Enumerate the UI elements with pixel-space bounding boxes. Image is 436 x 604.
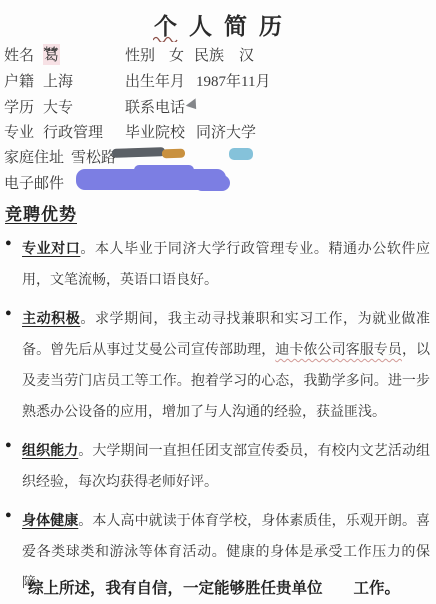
major-label: 专业 [4,121,34,142]
school-label: 毕业院校 [125,121,185,142]
bullet-punct: 。 [80,312,95,327]
bullet-term: 身体健康 [22,514,78,529]
spellcheck-squiggle-icon [153,36,179,42]
list-item-proactive: ● 主动积极。求学期间，我主动寻找兼职和实习工作，为就业做准备。曾先后从事过艾曼… [0,304,430,428]
info-row-registry: 户籍 上海 出生年月 1987年11月 [0,70,436,90]
address-label: 家庭住址 [4,146,64,167]
major-value: 行政管理 [43,121,103,142]
advantages-list: ● 专业对口。本人毕业于同济大学行政管理专业。精通办公软件应用，文笔流畅，英语口… [0,234,436,604]
bullet-term: 专业对口 [22,242,80,257]
info-row-email: 电子邮件 [0,172,436,192]
bullet-icon: ● [5,307,12,319]
school-value: 同济大学 [196,121,256,142]
gender-value: 女 [169,44,184,65]
registry-value: 上海 [43,70,73,91]
info-row-education: 学历 大专 联系电话 [0,96,436,116]
bullet-text: 专业对口。本人毕业于同济大学行政管理专业。精通办公软件应用，文笔流畅，英语口语良… [22,234,430,296]
registry-label: 户籍 [4,70,34,91]
ethnicity-value: 汉 [239,44,254,65]
email-label: 电子邮件 [4,172,64,193]
list-item-professional-match: ● 专业对口。本人毕业于同济大学行政管理专业。精通办公软件应用，文笔流畅，英语口… [0,234,430,296]
address-redaction-dark [112,147,165,158]
info-row-address: 家庭住址 雪松路 [0,146,436,166]
bullet-marked-text: 迪卡侬公司客服专员 [275,343,402,358]
ethnicity-label: 民族 [194,44,224,65]
info-row-major: 专业 行政管理 毕业院校 同济大学 [0,121,436,141]
address-value: 雪松路 [71,146,116,167]
bullet-punct: 。 [78,514,92,529]
bullet-term: 主动积极 [22,312,80,327]
closing-text-after: 工作。 [354,580,401,597]
education-label: 学历 [4,96,34,117]
address-redaction-blue [229,148,253,160]
gender-label: 性别 [125,44,155,65]
closing-text-before: 综上所述，我有自信，一定能够胜任贵单位 [28,580,323,597]
birth-value: 1987年11月 [196,70,270,91]
email-redaction-blob [76,169,226,190]
resume-page: 个人简历 姓名 葛** 性别 女 民族 汉 户籍 上海 出生年月 1987年11… [0,0,436,604]
name-stars: ** [43,44,58,61]
bullet-term: 组织能力 [22,444,78,459]
birth-label: 出生年月 [125,70,185,91]
name-label: 姓名 [4,44,34,65]
bullet-text: 组织能力。大学期间一直担任团支部宣传委员，有校内文艺活动组织经验，每次均获得老师… [22,436,430,498]
list-item-organization: ● 组织能力。大学期间一直担任团支部宣传委员，有校内文艺活动组织经验，每次均获得… [0,436,430,498]
bullet-text: 主动积极。求学期间，我主动寻找兼职和实习工作，为就业做准备。曾先后从事过艾曼公司… [22,304,430,428]
address-redaction-orange [162,149,185,159]
bullet-icon: ● [5,509,12,521]
page-title: 个人简历 [0,8,436,41]
education-value: 大专 [43,96,73,117]
bullet-icon: ● [5,439,12,451]
info-row-name: 姓名 葛** 性别 女 民族 汉 [0,44,436,64]
closing-statement: 综上所述，我有自信，一定能够胜任贵单位工作。 [28,576,430,598]
phone-label: 联系电话 [125,96,185,117]
bullet-icon: ● [5,237,12,249]
section-heading: 竞聘优势 [5,200,77,225]
bullet-punct: 。 [80,242,95,257]
phone-redaction-smudge [186,97,202,109]
bullet-punct: 。 [78,444,92,459]
